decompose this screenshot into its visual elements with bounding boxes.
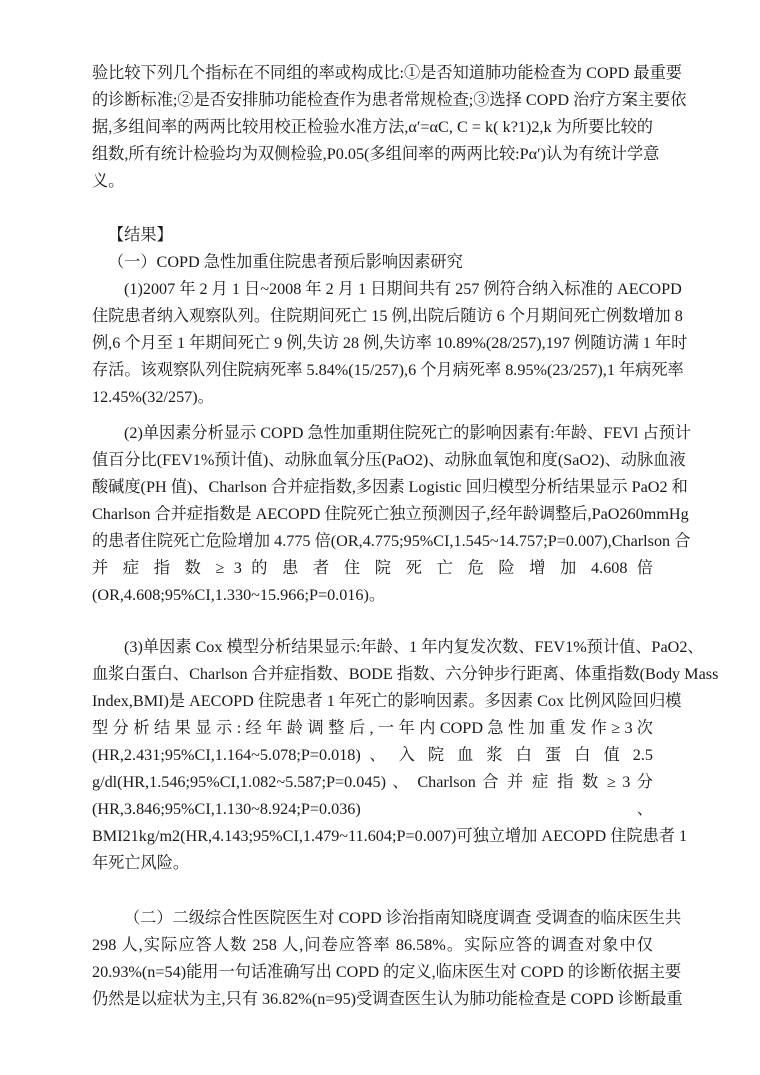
text-line: (3)单因素 Cox 模型分析结果显示:年龄、1 年内复发次数、FEV1%预计值… — [124, 634, 653, 661]
text-line: g/dl(HR,1.546;95%CI,1.082~5.587;P=0.045)… — [92, 769, 653, 796]
text-line: 据,多组间率的两两比较用校正检验水准方法,α′=αC, C = k( k?1)2… — [92, 114, 653, 141]
document-page: 验比较下列几个指标在不同组的率或构成比:①是否知道肺功能检查为 COPD 最重要… — [0, 0, 760, 1075]
text-line: (1)2007 年 2 月 1 日~2008 年 2 月 1 日期间共有 257… — [124, 276, 653, 303]
text-line: 的诊断标准;②是否安排肺功能检查作为患者常规检查;③选择 COPD 治疗方案主要… — [92, 87, 653, 114]
text-line: (2)单因素分析显示 COPD 急性加重期住院死亡的影响因素有:年龄、FEVl … — [124, 420, 653, 447]
text-line: 12.45%(32/257)。 — [92, 384, 653, 411]
results-heading: 【结果】 — [108, 222, 653, 249]
text-line: 的患者住院死亡危险增加 4.775 倍(OR,4.775;95%CI,1.545… — [92, 528, 653, 555]
text-line: 型 分 析 结 果 显 示 : 经 年 龄 调 整 后 , 一 年 内 COPD… — [92, 715, 653, 742]
text-line: 存活。该观察队列住院病死率 5.84%(15/257),6 个月病死率 8.95… — [92, 357, 653, 384]
text-line: 验比较下列几个指标在不同组的率或构成比:①是否知道肺功能检查为 COPD 最重要 — [92, 60, 653, 87]
text-line: (HR,2.431;95%CI,1.164~5.078;P=0.018) 、 入… — [92, 742, 653, 769]
text-line: 仍然是以症状为主,只有 36.82%(n=95)受调查医生认为肺功能检查是 CO… — [92, 986, 653, 1013]
text-line: （二）二级综合性医院医生对 COPD 诊治指南知晓度调查 受调查的临床医生共 — [124, 905, 653, 932]
section-one-heading: （一）COPD 急性加重住院患者预后影响因素研究 — [108, 249, 653, 276]
text-line: 义。 — [92, 168, 653, 195]
text-line: 血浆白蛋白、Charlson 合并症指数、BODE 指数、六分钟步行距离、体重指… — [92, 661, 653, 688]
text-line: (OR,4.608;95%CI,1.330~15.966;P=0.016)。 — [92, 582, 653, 609]
text-line: 并 症 指 数 ≥ 3 的 患 者 住 院 死 亡 危 险 增 加 4.608 … — [92, 555, 653, 582]
text-line: Index,BMI)是 AECOPD 住院患者 1 年死亡的影响因素。多因素 C… — [92, 688, 653, 715]
text-line: 20.93%(n=54)能用一句话准确写出 COPD 的定义,临床医生对 COP… — [92, 959, 653, 986]
text-line: BMI21kg/m2(HR,4.143;95%CI,1.479~11.604;P… — [92, 823, 653, 850]
text-line: Charlson 合并症指数是 AECOPD 住院死亡独立预测因子,经年龄调整后… — [92, 501, 653, 528]
text-line: 住院患者纳入观察队列。住院期间死亡 15 例,出院后随访 6 个月期间死亡例数增… — [92, 303, 653, 330]
text-line: 年死亡风险。 — [92, 850, 653, 877]
text-line: 例,6 个月至 1 年期间死亡 9 例,失访 28 例,失访率 10.89%(2… — [92, 330, 653, 357]
text-line: 298 人,实际应答人数 258 人,问卷应答率 86.58%。实际应答的调查对… — [92, 932, 653, 959]
text-line: 组数,所有统计检验均为双侧检验,P0.05(多组间率的两两比较:Pα′)认为有统… — [92, 141, 653, 168]
text-line: 酸碱度(PH 值)、Charlson 合并症指数,多因素 Logistic 回归… — [92, 474, 653, 501]
text-line: 值百分比(FEV1%预计值)、动脉血氧分压(PaO2)、动脉血氧饱和度(SaO2… — [92, 447, 653, 474]
text-line: (HR,3.846;95%CI,1.130~8.924;P=0.036) 、 — [92, 796, 653, 823]
